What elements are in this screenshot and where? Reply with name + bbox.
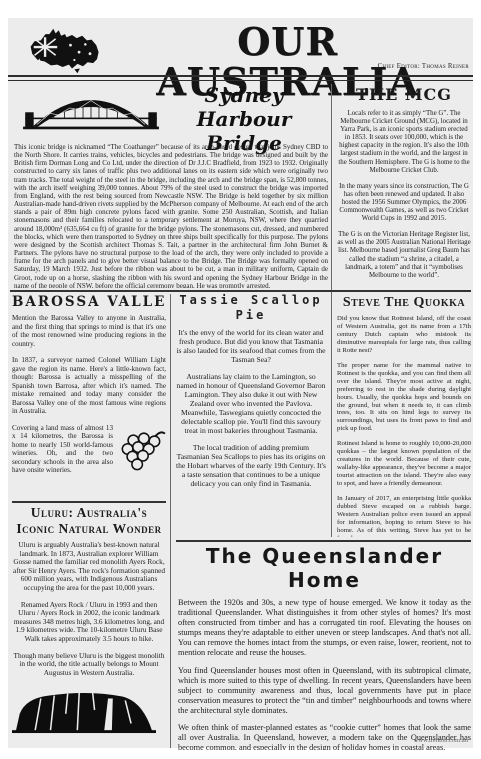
uluru-rock-illustration (12, 685, 156, 735)
article-queenslander-home: The Queenslander Home Between the 1920s … (178, 544, 471, 750)
mcg-title: THE MCG (337, 85, 471, 104)
barossa-paragraph: Covering a land mass of almost 13 x 14 k… (12, 424, 166, 475)
uluru-title: Uluru: Australia's Iconic Natural Wonder (12, 505, 166, 536)
mcg-paragraph: Locals refer to it as simply “The G”. Th… (337, 110, 471, 175)
article-barossa-valley: BAROSSA VALLEY Mention the Barossa Valle… (12, 294, 166, 498)
newspaper-page: OUR AUSTRALIA Chief Editor: Thomas Reine… (0, 0, 481, 759)
column-divider (331, 84, 332, 537)
uluru-paragraph: Uluru is arguably Australia's best-known… (12, 541, 166, 593)
masthead-rule (8, 75, 473, 81)
article-sydney-harbour-bridge: Sydney Harbour Bridge This iconic bridge… (14, 83, 328, 288)
grapes-icon (116, 426, 166, 472)
uluru-paragraph: Though many believe Uluru is the biggest… (12, 652, 166, 678)
quokka-paragraph: In January of 2017, an enterprising litt… (337, 495, 471, 537)
section-rule (12, 501, 166, 503)
section-rule (176, 540, 471, 542)
bridge-title-line1: Sydney (205, 83, 284, 107)
quokka-paragraph: Did you know that Rottnest Island, off t… (337, 315, 471, 355)
mcg-paragraph: In the many years since its construction… (337, 183, 471, 223)
harbour-bridge-illustration (22, 83, 160, 137)
barossa-paragraph-text: Covering a land mass of almost 13 x 14 k… (12, 424, 113, 475)
tassie-title: Tassie Scallop Pie (176, 293, 326, 323)
mcg-paragraph: The G is on the Victorian Heritage Regis… (337, 231, 471, 280)
bridge-article-body: This iconic bridge is nicknamed “The Coa… (14, 143, 328, 288)
article-tassie-scallop-pie: Tassie Scallop Pie It's the envy of the … (176, 293, 326, 537)
column-divider (170, 294, 171, 748)
article-steve-the-quokka: Steve The Quokka Did you know that Rottn… (337, 295, 471, 537)
quokka-paragraph: The proper name for the mammal native to… (337, 362, 471, 434)
queenslander-paragraph: Between the 1920s and 30s, a new type of… (178, 598, 471, 659)
queenslander-paragraph: You find Queenslander houses most often … (178, 666, 471, 716)
tassie-paragraph: The local tradition of adding premium Ta… (176, 443, 326, 488)
article-the-mcg: THE MCG Locals refer to it as simply “Th… (337, 85, 471, 287)
tassie-paragraph: It's the envy of the world for its clean… (176, 328, 326, 364)
chief-editor-line: Chief Editor: Thomas Reiner (378, 63, 469, 70)
website-url: www.trenton.com.au (414, 737, 468, 744)
barossa-title: BAROSSA VALLEY (12, 294, 166, 310)
uluru-paragraph: Renamed Ayers Rock / Uluru in 1993 and t… (12, 601, 166, 644)
australia-flag-icon (26, 24, 104, 74)
quokka-paragraph: Rottnest Island is home to roughly 10,00… (337, 440, 471, 488)
barossa-paragraph: Mention the Barossa Valley to anyone in … (12, 314, 166, 348)
article-uluru: Uluru: Australia's Iconic Natural Wonder… (12, 505, 166, 747)
queenslander-title: The Queenslander Home (178, 544, 471, 592)
section-rule (10, 290, 471, 292)
quokka-title: Steve The Quokka (337, 295, 471, 311)
barossa-paragraph: In 1837, a surveyor named Colonel Willia… (12, 356, 166, 416)
tassie-paragraph: Australians lay claim to the Lamington, … (176, 372, 326, 435)
